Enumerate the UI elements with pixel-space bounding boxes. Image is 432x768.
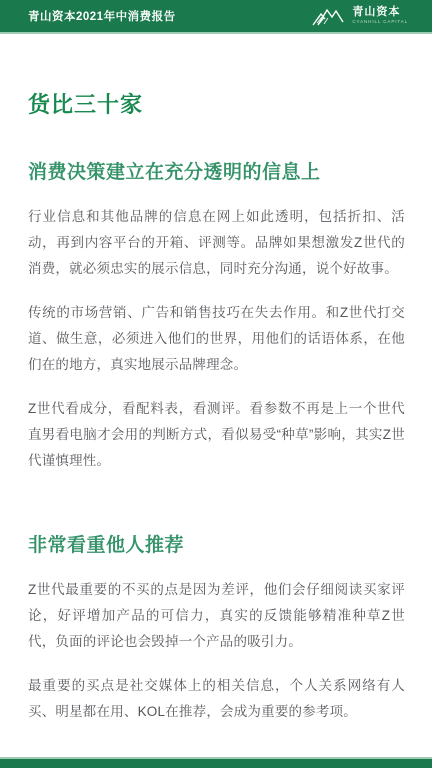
footer-bar: [0, 757, 432, 768]
section-heading-recommendations: 非常看重他人推荐: [28, 530, 405, 557]
logo-company-name: 青山资本: [352, 7, 408, 18]
logo-company-subtitle: CYANHILL CAPITAL: [352, 20, 408, 25]
paragraph: 最重要的买点是社交媒体上的相关信息，个人关系网络有人买、明星都在用、KOL在推荐…: [28, 673, 405, 725]
paragraph: 传统的市场营销、广告和销售技巧在失去作用。和Z世代打交道、做生意，必须进入他们的…: [28, 300, 405, 378]
header-bar: 青山资本2021年中消费报告 青山资本 CYANHILL CAPITAL: [0, 0, 432, 34]
page-title: 货比三十家: [28, 88, 405, 119]
report-page: 青山资本2021年中消费报告 青山资本 CYANHILL CAPITAL 货比三…: [0, 0, 432, 768]
header-report-title: 青山资本2021年中消费报告: [28, 8, 176, 24]
mountain-logo-icon: [312, 5, 348, 27]
logo-text: 青山资本 CYANHILL CAPITAL: [352, 7, 408, 25]
report-content: 货比三十家 消费决策建立在充分透明的信息上 行业信息和其他品牌的信息在网上如此透…: [0, 36, 432, 757]
paragraph: Z世代看成分，看配料表，看测评。看参数不再是上一个世代直男看电脑才会用的判断方式…: [28, 396, 405, 474]
company-logo: 青山资本 CYANHILL CAPITAL: [312, 5, 408, 27]
paragraph: Z世代最重要的不买的点是因为差评，他们会仔细阅读买家评论，好评增加产品的可信力，…: [28, 577, 405, 655]
section-heading-transparent-info: 消费决策建立在充分透明的信息上: [28, 157, 405, 184]
paragraph: 行业信息和其他品牌的信息在网上如此透明，包括折扣、活动，再到内容平台的开箱、评测…: [28, 204, 405, 282]
